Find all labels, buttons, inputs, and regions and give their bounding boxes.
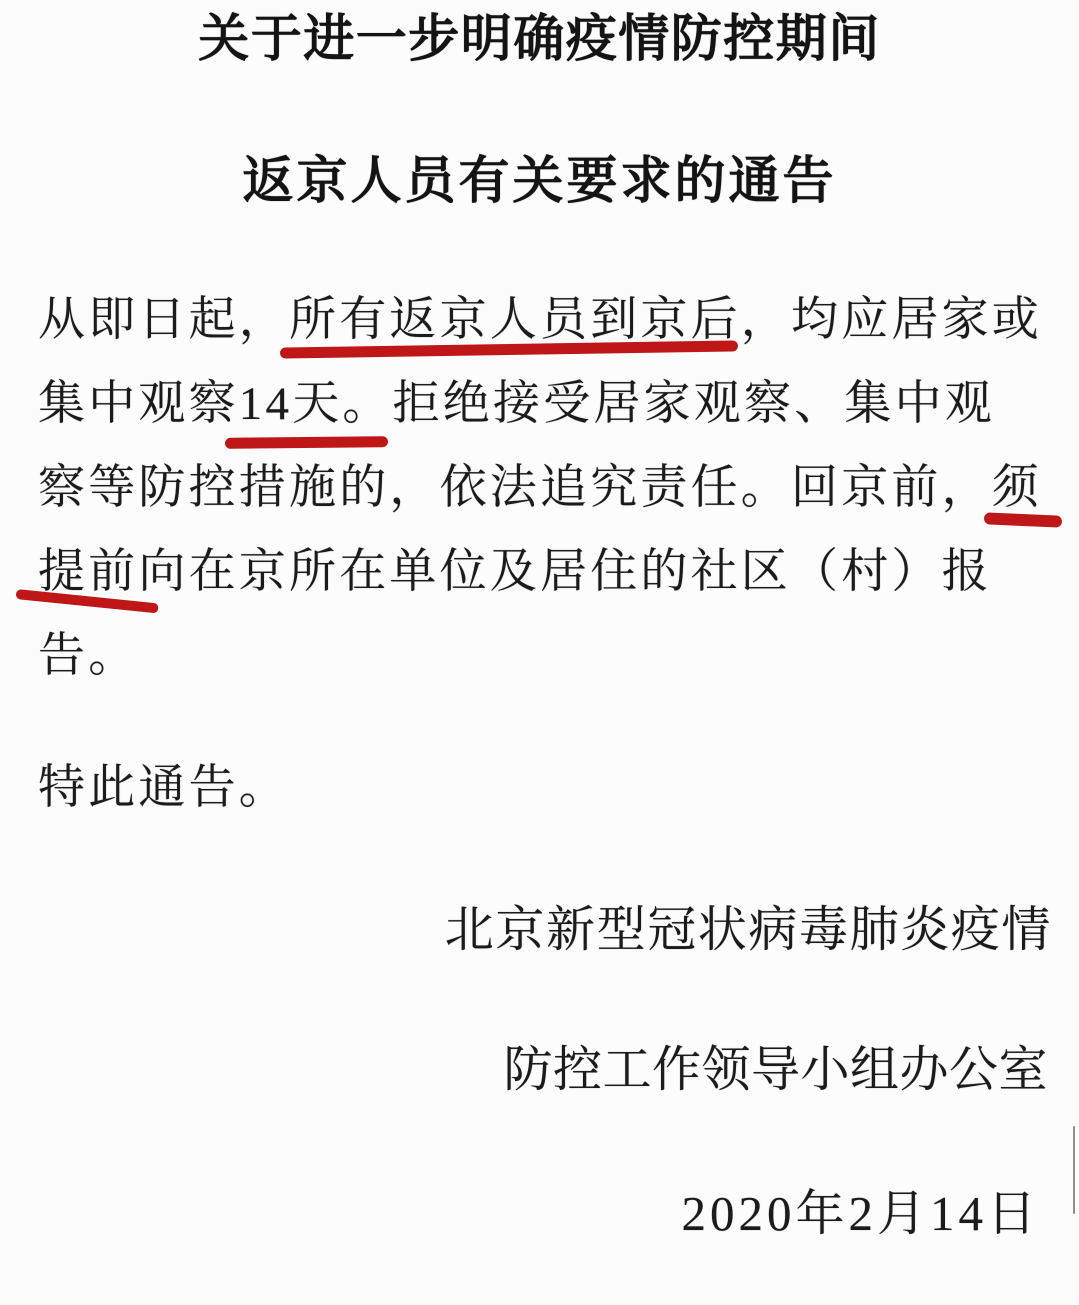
body-line-1: 从即日起，所有返京人员到京后，均应居家或 — [38, 293, 1042, 348]
right-edge-artifact-line — [1073, 1126, 1075, 1214]
notice-document: 关于进一步明确疫情防控期间 返京人员有关要求的通告 从即日起，所有返京人员到京后… — [0, 0, 1079, 1305]
red-underline-14-days — [225, 436, 388, 449]
red-underline-must — [984, 512, 1062, 527]
signature-org-line-2: 防控工作领导小组办公室 — [503, 1041, 1048, 1099]
signature-date: 2020年2月14日 — [681, 1185, 1040, 1243]
notice-title-line-2: 返京人员有关要求的通告 — [0, 152, 1079, 212]
signature-org-line-1: 北京新型冠状病毒肺炎疫情 — [445, 901, 1052, 959]
body-line-2: 集中观察14天。拒绝接受居家观察、集中观 — [38, 377, 995, 432]
body-line-5: 告。 — [38, 629, 138, 684]
closing-statement: 特此通告。 — [38, 761, 289, 816]
notice-title-line-1: 关于进一步明确疫情防控期间 — [0, 10, 1079, 70]
body-line-3: 察等防控措施的，依法追究责任。回京前，须 — [38, 461, 1042, 516]
body-line-4: 提前向在京所在单位及居住的社区（村）报 — [38, 545, 992, 600]
